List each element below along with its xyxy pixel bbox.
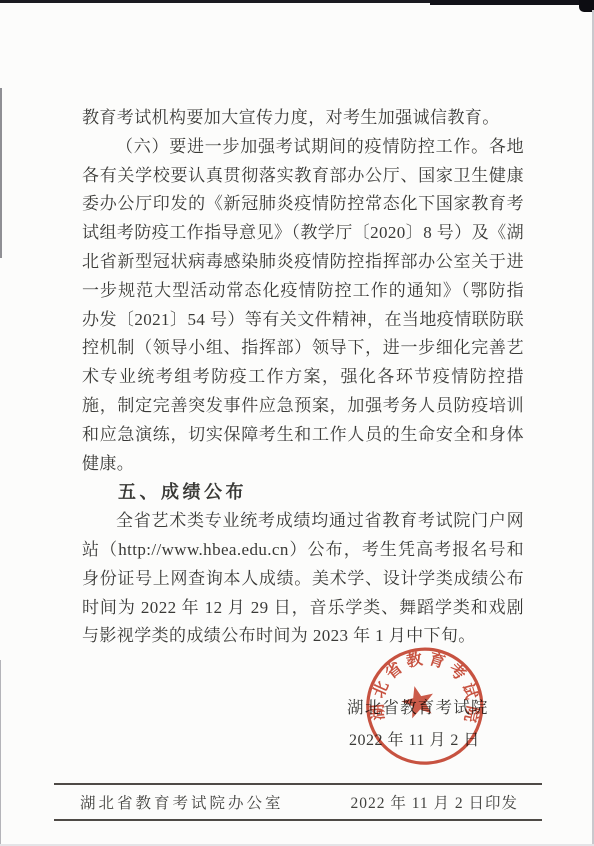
page-footer: 湖北省教育考试院办公室 2022 年 11 月 2 日印发 <box>80 791 518 813</box>
body-paragraph-section6: （六）要进一步加强考试期间的疫情防控工作。各地各有关学校要认真贯彻落实教育部办公… <box>82 133 524 479</box>
section-heading-scores: 五、成绩公布 <box>82 478 524 507</box>
document-body: 教育考试机构要加大宣传力度，对考生加强诚信教育。 （六）要进一步加强考试期间的疫… <box>82 104 524 651</box>
star-icon <box>399 682 438 720</box>
footer-office: 湖北省教育考试院办公室 <box>80 791 284 813</box>
seal-arc-text: 湖北省教育考试院 <box>365 646 484 736</box>
footer-rule-top <box>54 783 542 785</box>
scan-edge-left-lower <box>0 660 1 846</box>
body-paragraph-propaganda: 教育考试机构要加大宣传力度，对考生加强诚信教育。 <box>82 104 524 133</box>
body-paragraph-scores: 全省艺术类专业统考成绩均通过省教育考试院门户网站（http://www.hbea… <box>82 507 524 651</box>
scan-edge-top <box>0 0 594 3</box>
footer-rule-bottom <box>54 819 542 821</box>
scan-edge-top-right <box>430 0 594 5</box>
scanned-document-page: 教育考试机构要加大宣传力度，对考生加强诚信教育。 （六）要进一步加强考试期间的疫… <box>0 0 594 846</box>
footer-print-date: 2022 年 11 月 2 日印发 <box>350 791 518 813</box>
scan-corner-artifact <box>579 0 594 12</box>
scan-edge-left-upper <box>0 88 2 258</box>
official-seal: 湖北省教育考试院 <box>358 640 497 779</box>
